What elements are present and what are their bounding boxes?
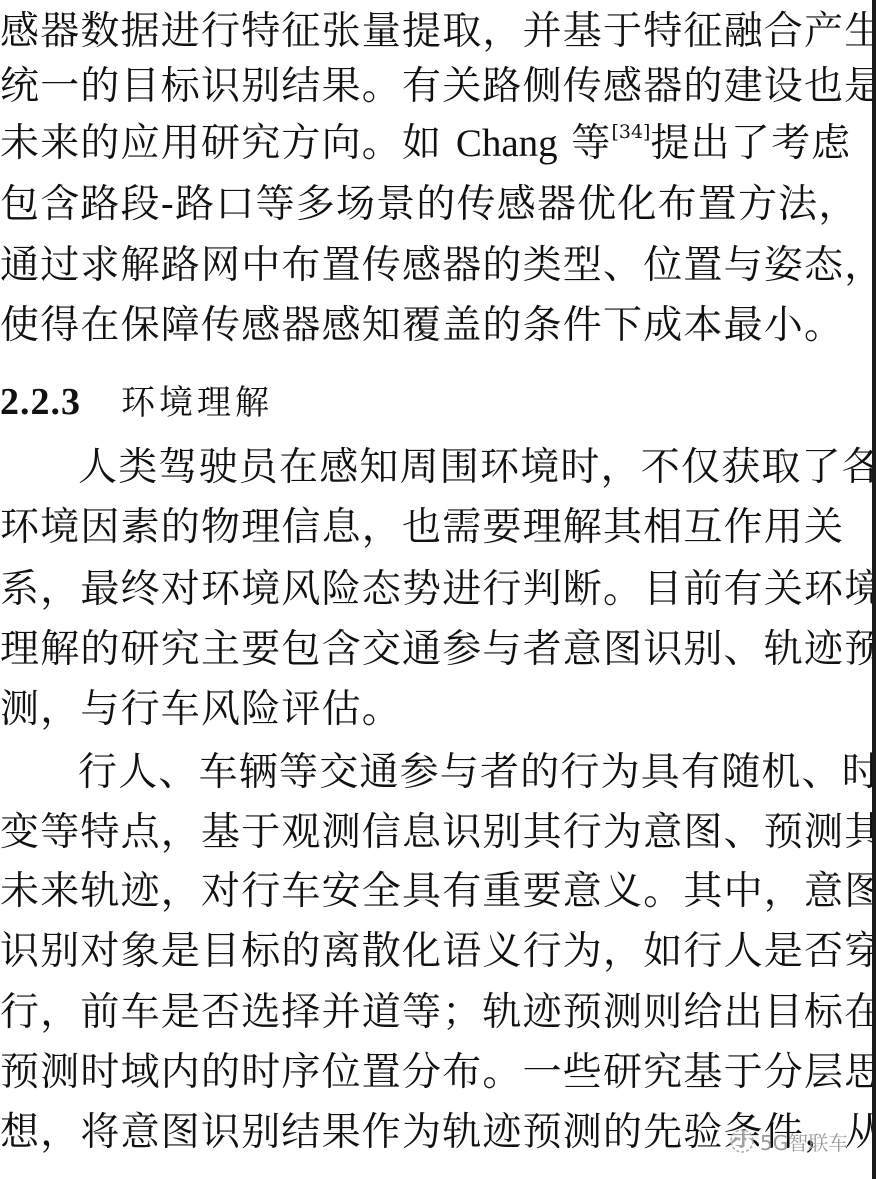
page-edge-divider [872,0,876,1179]
paragraph-line: 人类驾驶员在感知周围环境时，不仅获取了各 [78,438,872,498]
paragraph-line: 理解的研究主要包含交通参与者意图识别、轨迹预 [0,620,872,680]
paragraph-line: 识别对象是目标的离散化语义行为，如行人是否穿 [0,922,872,982]
text-segment: 等 [558,121,612,166]
document-page: 感器数据进行特征张量提取，并基于特征融合产生 统一的目标识别结果。有关路侧传感器… [0,0,872,1179]
paragraph-line: 预测时域内的时序位置分布。一些研究基于分层思 [0,1043,872,1103]
text-line: 包含路段-路口等多场景的传感器优化布置方法， [0,175,859,235]
paragraph-line: 测，与行车风险评估。 [0,680,402,740]
section-title: 环境理解 [121,383,273,423]
text-line: 统一的目标识别结果。有关路侧传感器的建设也是 [0,57,872,117]
paragraph-line: 行，前车是否选择并道等；轨迹预测则给出目标在 [0,983,872,1043]
text-segment: 提出了考虑 [650,121,851,166]
watermark: 5G智联车 [728,1124,848,1158]
section-number: 2.2.3 [0,381,81,423]
text-line-with-citation: 未来的应用研究方向。如 Chang 等[34]提出了考虑 [0,114,851,174]
paragraph-line: 行人、车辆等交通参与者的行为具有随机、时 [78,743,872,803]
text-line: 感器数据进行特征张量提取，并基于特征融合产生 [0,2,872,62]
watermark-text: 5G智联车 [760,1127,848,1156]
text-line: 使得在保障传感器感知覆盖的条件下成本最小。 [0,296,844,356]
paragraph-line: 未来轨迹，对行车安全具有重要意义。其中，意图 [0,862,872,922]
text-line: 通过求解路网中布置传感器的类型、位置与姿态， [0,236,872,296]
text-segment: 未来的应用研究方向。如 [0,121,456,166]
paragraph-line: 变等特点，基于观测信息识别其行为意图、预测其 [0,803,872,863]
wechat-icon [728,1127,756,1155]
author-name: Chang [456,122,558,165]
paragraph-line: 系，最终对环境风险态势进行判断。目前有关环境 [0,560,872,620]
section-heading: 2.2.3环境理解 [0,372,273,432]
paragraph-line: 环境因素的物理信息，也需要理解其相互作用关 [0,498,844,558]
citation-ref[interactable]: [34] [611,121,650,143]
